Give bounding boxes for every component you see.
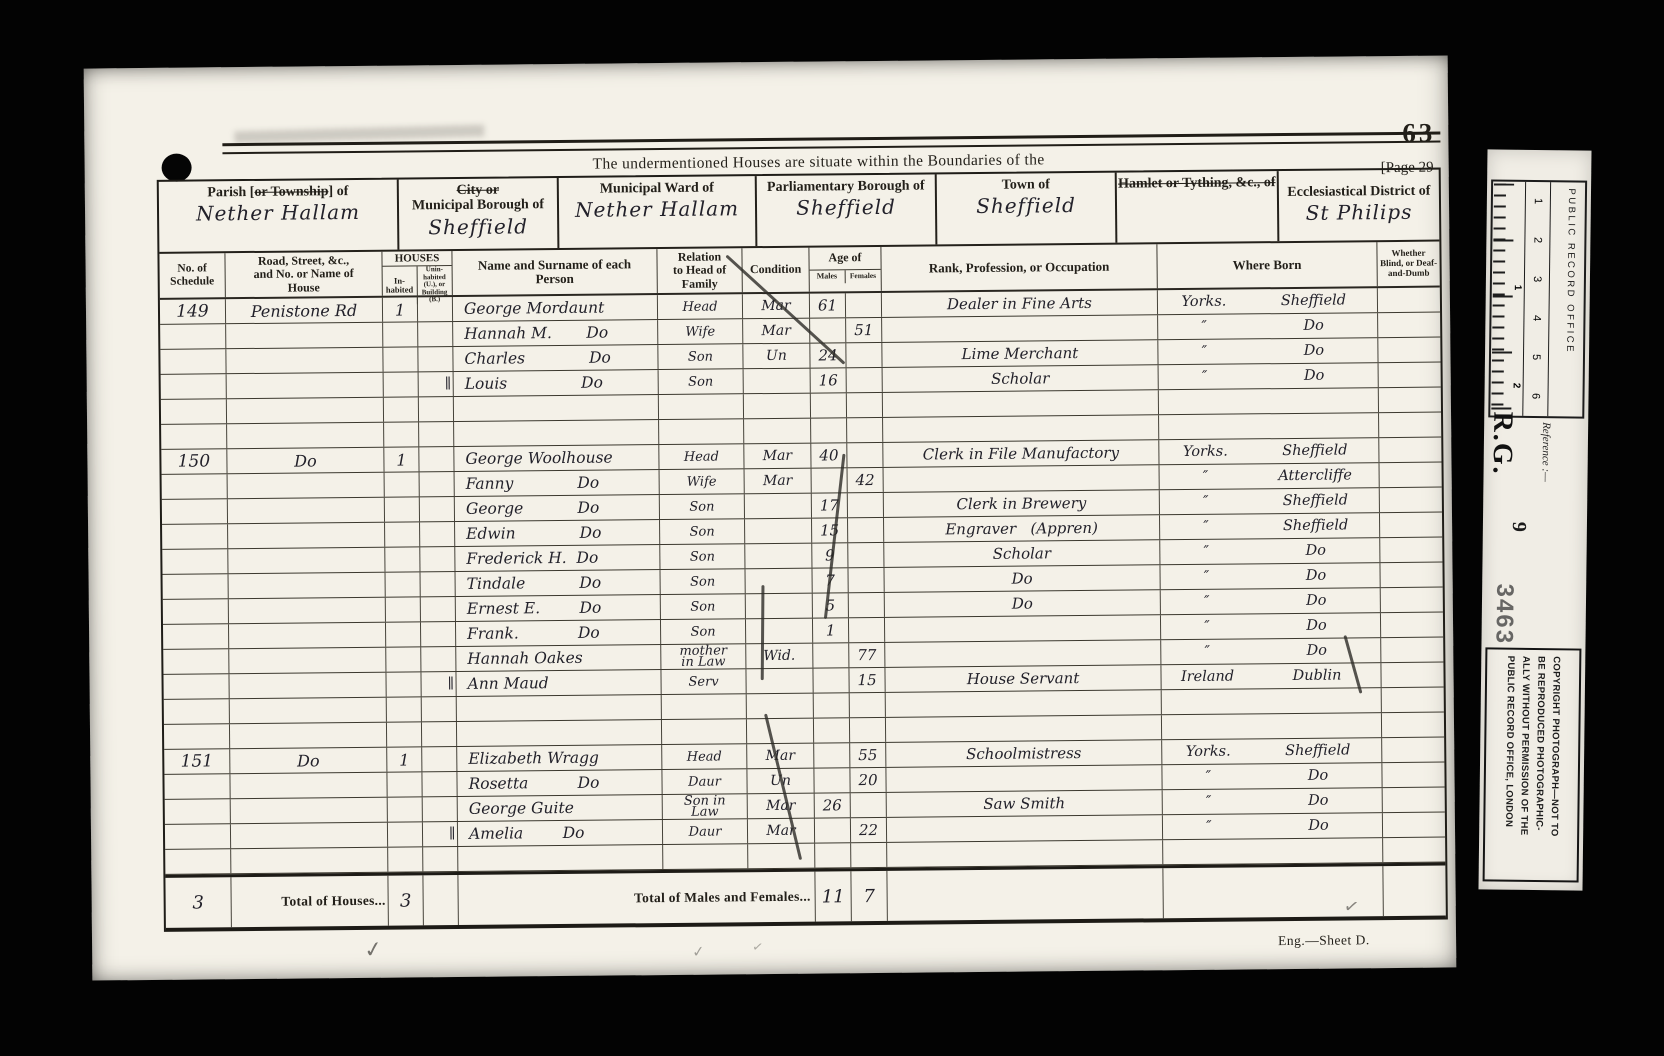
region-header-band: Parish [or Township] of Nether Hallam Ci… xyxy=(159,170,1440,254)
cell-person-name xyxy=(454,395,659,421)
born-county: ″ xyxy=(1163,793,1255,810)
cell-road xyxy=(231,848,388,874)
cell-person-name xyxy=(457,720,662,746)
cell-condition: Un xyxy=(743,344,810,369)
cell-relation: Son xyxy=(660,569,745,594)
cell-age-female xyxy=(850,693,886,717)
cell-age-male: 5 xyxy=(813,593,849,617)
born-place: Do xyxy=(1252,542,1379,559)
cell-inhabited xyxy=(388,797,423,821)
cell-age-female xyxy=(848,568,884,592)
cell-person-name: Frederick H. Do xyxy=(455,545,660,571)
cell-road xyxy=(226,323,383,349)
check-mark: ✓ xyxy=(751,939,764,956)
cell-occupation xyxy=(886,765,1162,792)
cell-condition xyxy=(745,569,812,594)
col-header-schedule: No. of Schedule xyxy=(159,253,225,298)
born-county: Yorks. xyxy=(1162,743,1254,760)
cell-inhabited xyxy=(386,597,421,621)
cell-age-male: 1 xyxy=(813,618,849,642)
region-header-cell: Hamlet or Tything, &c., of xyxy=(1117,171,1280,243)
totals-uninhabited-cell xyxy=(423,875,458,925)
person-name-text: George Woolhouse xyxy=(457,449,612,468)
born-place xyxy=(1254,700,1381,701)
person-name-text: Edwin Do xyxy=(458,524,601,543)
born-county: ″ xyxy=(1158,343,1250,360)
born-county: Ireland xyxy=(1161,668,1253,685)
person-name-text: Frederick H. Do xyxy=(458,549,598,568)
region-label: Parliamentary Borough of xyxy=(767,179,925,196)
cell-schedule-no xyxy=(161,399,227,424)
cell-age-female xyxy=(846,293,882,317)
cell-blind xyxy=(1382,713,1444,738)
born-place: Sheffield xyxy=(1251,442,1378,459)
region-header-cell: Parish [or Township] of Nether Hallam xyxy=(159,180,400,252)
born-place: Do xyxy=(1252,567,1379,584)
totals-schedule-count: 3 xyxy=(165,877,231,928)
cell-blind xyxy=(1378,288,1440,313)
cell-road xyxy=(227,398,384,424)
cell-inhabited: 1 xyxy=(387,747,422,771)
region-header-cell: Parliamentary Borough of Sheffield xyxy=(757,174,938,246)
born-place: Do xyxy=(1254,767,1381,784)
col-header-where-born: Where Born xyxy=(1157,242,1377,288)
cell-occupation: Do xyxy=(884,565,1160,592)
person-name-text: George Guite xyxy=(461,799,574,818)
age-group-title: Age of xyxy=(809,247,880,270)
household-tick-mark: ∥ xyxy=(445,376,457,392)
cell-person-name: George Do xyxy=(455,495,660,521)
ruler-inch-number: 5 xyxy=(1530,354,1542,360)
cell-inhabited xyxy=(388,822,423,846)
born-place: Attercliffe xyxy=(1252,467,1379,484)
cell-age-female xyxy=(847,418,883,442)
cell-condition xyxy=(748,844,815,869)
cell-inhabited xyxy=(386,572,421,596)
cell-relation: Son xyxy=(658,344,743,369)
born-county: ″ xyxy=(1161,593,1253,610)
cell-road xyxy=(230,773,387,799)
cell-occupation xyxy=(884,465,1160,492)
check-mark: ✓ xyxy=(691,942,705,961)
cell-inhabited xyxy=(383,322,418,346)
total-males-value: 11 xyxy=(815,871,851,921)
cell-road xyxy=(227,423,384,449)
series-label: R.G. xyxy=(1486,411,1519,475)
cell-road xyxy=(229,623,386,649)
born-place: Dublin xyxy=(1253,667,1380,684)
cell-schedule-no: 151 xyxy=(164,749,230,774)
cell-occupation xyxy=(886,690,1162,717)
cell-age-male: 16 xyxy=(811,368,847,392)
col-header-houses-group: HOUSES In- habited Unin- habited (U.), o… xyxy=(382,251,452,296)
person-name-text: Hannah Oakes xyxy=(459,649,583,668)
cell-blind xyxy=(1381,588,1443,613)
born-place: Sheffield xyxy=(1252,517,1379,534)
cell-blind xyxy=(1379,438,1441,463)
cell-age-male: 15 xyxy=(812,518,848,542)
cell-road xyxy=(229,648,386,674)
cell-condition xyxy=(747,694,814,719)
person-name-text: Hannah M. Do xyxy=(456,324,608,343)
cell-blind xyxy=(1379,413,1441,438)
cell-occupation xyxy=(886,715,1162,742)
copyright-notice-box: COPYRIGHT PHOTOGRAPH—NOT TOBE REPRODUCED… xyxy=(1483,647,1582,882)
cell-schedule-no xyxy=(164,699,230,724)
cell-blind xyxy=(1380,538,1442,563)
photographed-census-page: The undermentioned Houses are situate wi… xyxy=(0,0,1664,1056)
cell-blind xyxy=(1380,563,1442,588)
cell-person-name: Tindale Do xyxy=(456,570,661,596)
cell-age-female xyxy=(846,343,882,367)
region-value-handwritten: Nether Hallam xyxy=(196,200,360,226)
cell-age-female xyxy=(848,518,884,542)
cell-age-female xyxy=(847,443,883,467)
cell-condition: Mar xyxy=(748,794,815,819)
cell-where-born: ″Do xyxy=(1161,613,1381,639)
cell-age-female xyxy=(848,493,884,517)
cell-where-born: ″Sheffield xyxy=(1160,513,1380,539)
cell-schedule-no xyxy=(163,624,229,649)
cell-inhabited: 1 xyxy=(383,297,418,321)
cell-where-born xyxy=(1162,713,1382,739)
cell-condition xyxy=(744,369,811,394)
cell-inhabited xyxy=(385,547,420,571)
region-value-handwritten: Nether Hallam xyxy=(575,197,739,223)
born-place: Do xyxy=(1253,642,1380,659)
cell-road xyxy=(228,473,385,499)
census-sheet: The undermentioned Houses are situate wi… xyxy=(84,55,1457,980)
cell-road: Do xyxy=(230,748,387,774)
cell-uninhabited xyxy=(421,647,456,671)
cell-uninhabited xyxy=(423,847,458,871)
ruler-inch-number: 6 xyxy=(1529,393,1541,399)
cell-schedule-no: 149 xyxy=(160,299,226,324)
cell-age-female: 51 xyxy=(846,318,882,342)
copyright-line: ALLY WITHOUT PERMISSION OF THE xyxy=(1515,656,1533,874)
cell-uninhabited xyxy=(420,497,455,521)
born-county: ″ xyxy=(1161,618,1253,635)
cell-blind xyxy=(1383,813,1445,838)
cell-blind xyxy=(1379,388,1441,413)
cell-blind xyxy=(1379,363,1441,388)
cell-uninhabited xyxy=(422,722,457,746)
col-header-relation: Relation to Head of Family xyxy=(657,248,742,293)
cell-where-born: ″Do xyxy=(1158,338,1378,364)
person-name-text: Ann Maud xyxy=(459,674,548,693)
born-county: ″ xyxy=(1159,368,1251,385)
cell-blind xyxy=(1381,663,1443,688)
cell-where-born: ″Sheffield xyxy=(1160,488,1380,514)
cell-condition xyxy=(747,719,814,744)
born-place: Do xyxy=(1255,817,1382,834)
cell-person-name xyxy=(454,420,659,446)
person-name-text: Tindale Do xyxy=(459,574,602,593)
born-place: Sheffield xyxy=(1254,742,1381,759)
cell-schedule-no xyxy=(160,324,226,349)
cell-road xyxy=(228,498,385,524)
born-place: Do xyxy=(1250,342,1377,359)
cell-person-name: ∥Louis Do xyxy=(454,370,659,396)
cell-age-female xyxy=(848,543,884,567)
born-county: ″ xyxy=(1160,518,1252,535)
person-name-text: Amelia Do xyxy=(461,824,585,843)
cell-blind xyxy=(1381,638,1443,663)
cell-inhabited xyxy=(387,772,422,796)
household-tick-mark: ∥ xyxy=(449,826,461,842)
cell-blind xyxy=(1380,463,1442,488)
cell-age-female xyxy=(851,843,887,867)
cell-occupation: Dealer in Fine Arts xyxy=(882,290,1158,317)
cell-where-born: ″Do xyxy=(1159,363,1379,389)
cell-occupation: Clerk in Brewery xyxy=(884,490,1160,517)
cell-blind xyxy=(1383,788,1445,813)
cell-occupation: Clerk in File Manufactory xyxy=(883,440,1159,467)
sheet-note: Eng.—Sheet D. xyxy=(1278,932,1370,949)
cell-relation: Head xyxy=(659,444,744,469)
cell-person-name: Ernest E. Do xyxy=(456,595,661,621)
cell-person-name: Rosetta Do xyxy=(457,770,662,796)
cell-schedule-no xyxy=(163,674,229,699)
born-county xyxy=(1162,726,1254,727)
cell-blind xyxy=(1378,338,1440,363)
cell-age-male xyxy=(813,643,849,667)
cell-uninhabited xyxy=(418,322,453,346)
cell-uninhabited xyxy=(419,447,454,471)
cell-inhabited xyxy=(387,722,422,746)
ruler-inch-column: 123456 xyxy=(1522,182,1551,416)
cell-occupation xyxy=(882,315,1158,342)
born-county xyxy=(1159,401,1251,402)
cell-blind xyxy=(1380,513,1442,538)
region-label: Hamlet or Tything, &c., of xyxy=(1118,175,1276,192)
col-header-age-females: Females xyxy=(845,269,881,282)
born-place: Do xyxy=(1255,792,1382,809)
cell-inhabited xyxy=(386,622,421,646)
reference-label: Reference :— xyxy=(1539,422,1552,482)
cell-where-born: ″Do xyxy=(1158,313,1378,339)
person-name-text: George Do xyxy=(458,499,600,518)
total-males-females-label: Total of Males and Females... xyxy=(458,872,815,925)
born-county xyxy=(1162,701,1254,702)
born-county: ″ xyxy=(1160,543,1252,560)
cell-relation: Daur xyxy=(663,819,748,844)
person-name-text: Charles Do xyxy=(456,349,611,368)
cell-blind xyxy=(1382,763,1444,788)
cell-uninhabited xyxy=(422,772,457,796)
ruler-cm-number: 1 xyxy=(1512,285,1523,291)
person-name-text: Rosetta Do xyxy=(460,774,599,793)
copyright-line: COPYRIGHT PHOTOGRAPH—NOT TO xyxy=(1546,656,1564,874)
cell-condition xyxy=(746,619,813,644)
cell-road xyxy=(229,598,386,624)
cell-uninhabited xyxy=(419,422,454,446)
born-county: ″ xyxy=(1161,568,1253,585)
cell-age-male: 17 xyxy=(812,493,848,517)
cell-age-female xyxy=(847,368,883,392)
cell-where-born: ″Do xyxy=(1163,813,1383,839)
born-place xyxy=(1254,725,1381,726)
region-header-cell: Municipal Ward of Nether Hallam xyxy=(559,176,758,248)
cell-where-born: ″Do xyxy=(1160,563,1380,589)
cell-uninhabited xyxy=(421,622,456,646)
cell-relation xyxy=(662,694,747,719)
cell-schedule-no xyxy=(163,649,229,674)
cell-where-born: Yorks.Sheffield xyxy=(1162,738,1382,764)
cell-person-name: George Guite xyxy=(458,795,663,821)
copyright-line: PUBLIC RECORD OFFICE, LONDON xyxy=(1500,656,1518,874)
cell-schedule-no xyxy=(164,774,230,799)
class-number: 9 xyxy=(1507,522,1530,532)
household-tick-mark: ∥ xyxy=(448,676,460,692)
born-county: ″ xyxy=(1160,493,1252,510)
folio-number: 63 xyxy=(1402,118,1435,149)
cell-person-name: Edwin Do xyxy=(455,520,660,546)
cell-inhabited: 1 xyxy=(384,447,419,471)
cell-inhabited xyxy=(388,847,423,871)
cell-age-female: 77 xyxy=(849,643,885,667)
cell-relation xyxy=(662,719,747,744)
cell-road: Penistone Rd xyxy=(226,298,383,324)
cell-uninhabited xyxy=(420,547,455,571)
cell-person-name xyxy=(458,845,663,871)
born-place: Do xyxy=(1251,367,1378,384)
cell-age-male xyxy=(814,743,850,767)
person-name-text: Fanny Do xyxy=(458,474,600,493)
region-label: City or Municipal Borough of xyxy=(412,182,544,214)
born-place: Sheffield xyxy=(1252,492,1379,509)
born-county: Yorks. xyxy=(1158,293,1250,310)
cell-schedule-no xyxy=(165,799,231,824)
cell-where-born: Yorks.Sheffield xyxy=(1158,288,1378,314)
cell-age-female xyxy=(850,718,886,742)
cell-condition: Wid. xyxy=(746,644,813,669)
cell-uninhabited xyxy=(419,397,454,421)
region-value-handwritten: Sheffield xyxy=(796,195,896,220)
cell-relation: mother in Law xyxy=(661,644,746,669)
born-county: ″ xyxy=(1163,818,1255,835)
person-name-text: Louis Do xyxy=(457,374,603,393)
person-name-text: George Mordaunt xyxy=(456,299,604,318)
cell-relation xyxy=(663,844,748,869)
cell-occupation: Do xyxy=(885,590,1161,617)
cell-person-name xyxy=(457,695,662,721)
person-name-text: Ernest E. Do xyxy=(459,599,602,618)
cell-age-female: 42 xyxy=(848,468,884,492)
cell-occupation xyxy=(887,815,1163,842)
born-county xyxy=(1159,426,1251,427)
cell-schedule-no xyxy=(160,349,226,374)
cell-blind xyxy=(1381,613,1443,638)
ruler-ticks-long xyxy=(1491,183,1514,413)
cell-person-name: George Mordaunt xyxy=(453,295,658,321)
cell-person-name: Charles Do xyxy=(453,345,658,371)
ruler-cm-number: 2 xyxy=(1511,383,1522,389)
cell-where-born: IrelandDublin xyxy=(1161,663,1381,689)
cell-condition xyxy=(745,519,812,544)
cell-relation: Serv xyxy=(661,669,746,694)
cell-where-born: ″Do xyxy=(1163,788,1383,814)
cell-condition: Mar xyxy=(745,469,812,494)
cell-occupation xyxy=(883,415,1159,442)
cell-inhabited xyxy=(383,347,418,371)
cell-relation: Son in Law xyxy=(663,794,748,819)
cell-relation: Wife xyxy=(658,319,743,344)
cell-where-born: ″Do xyxy=(1162,763,1382,789)
cell-blind xyxy=(1382,688,1444,713)
cell-occupation: House Servant xyxy=(885,665,1161,692)
cell-relation: Son xyxy=(661,594,746,619)
cell-blind xyxy=(1383,838,1445,863)
cell-age-male xyxy=(815,843,851,867)
cell-age-male xyxy=(811,418,847,442)
region-label: Parish [or Township] of xyxy=(207,184,348,201)
cell-age-female xyxy=(849,618,885,642)
born-county: ″ xyxy=(1162,768,1254,785)
cell-occupation: Saw Smith xyxy=(887,790,1163,817)
cell-age-female: 20 xyxy=(850,768,886,792)
region-header-cell: City or Municipal Borough of Sheffield xyxy=(399,178,560,250)
cell-inhabited xyxy=(385,497,420,521)
cell-condition xyxy=(746,669,813,694)
cell-age-male xyxy=(811,393,847,417)
cell-person-name: Elizabeth Wragg xyxy=(457,745,662,771)
born-county: Yorks. xyxy=(1159,443,1251,460)
cell-relation: Head xyxy=(662,744,747,769)
region-label: Ecclesiastical District of xyxy=(1287,184,1430,201)
totals-blind-cell xyxy=(1383,866,1445,917)
cell-schedule-no xyxy=(163,574,229,599)
cell-condition: Mar xyxy=(747,744,814,769)
col-header-road: Road, Street, &c., and No. or Name of Ho… xyxy=(225,252,382,298)
cell-uninhabited xyxy=(421,597,456,621)
cell-road xyxy=(226,348,383,374)
cell-person-name: ∥Ann Maud xyxy=(456,670,661,696)
copyright-line: BE REPRODUCED PHOTOGRAPHIC- xyxy=(1531,656,1549,874)
cell-uninhabited xyxy=(422,747,457,771)
cell-schedule-no xyxy=(161,374,227,399)
cell-condition xyxy=(745,544,812,569)
region-value-handwritten: St Philips xyxy=(1306,200,1413,225)
cell-age-female xyxy=(847,393,883,417)
cell-where-born: ″Attercliffe xyxy=(1160,463,1380,489)
cell-condition xyxy=(746,594,813,619)
born-place xyxy=(1255,850,1382,851)
cell-blind xyxy=(1378,313,1440,338)
totals-occupation-cell xyxy=(887,868,1163,921)
ruler-inch-number: 2 xyxy=(1531,237,1543,243)
cell-inhabited xyxy=(386,647,421,671)
cell-condition xyxy=(744,394,811,419)
cell-schedule-no xyxy=(163,599,229,624)
totals-band: 3 Total of Houses... 3 Total of Males an… xyxy=(165,863,1445,931)
cell-relation: Son xyxy=(660,494,745,519)
region-header-cell: Town of Sheffield xyxy=(937,173,1118,245)
col-header-condition: Condition xyxy=(742,248,809,293)
cell-occupation xyxy=(887,840,1163,867)
cell-occupation: Engraver (Appren) xyxy=(884,515,1160,542)
cell-relation xyxy=(659,419,744,444)
cell-person-name: George Woolhouse xyxy=(454,445,659,471)
cell-age-male xyxy=(814,718,850,742)
born-place xyxy=(1251,425,1378,426)
cell-age-male xyxy=(814,768,850,792)
region-label: Municipal Ward of xyxy=(600,181,714,197)
region-header-cell: Ecclesiastical District of St Philips xyxy=(1279,170,1440,242)
cell-inhabited xyxy=(384,422,419,446)
cell-person-name: Hannah M. Do xyxy=(453,320,658,346)
region-value-handwritten: Sheffield xyxy=(428,214,528,239)
